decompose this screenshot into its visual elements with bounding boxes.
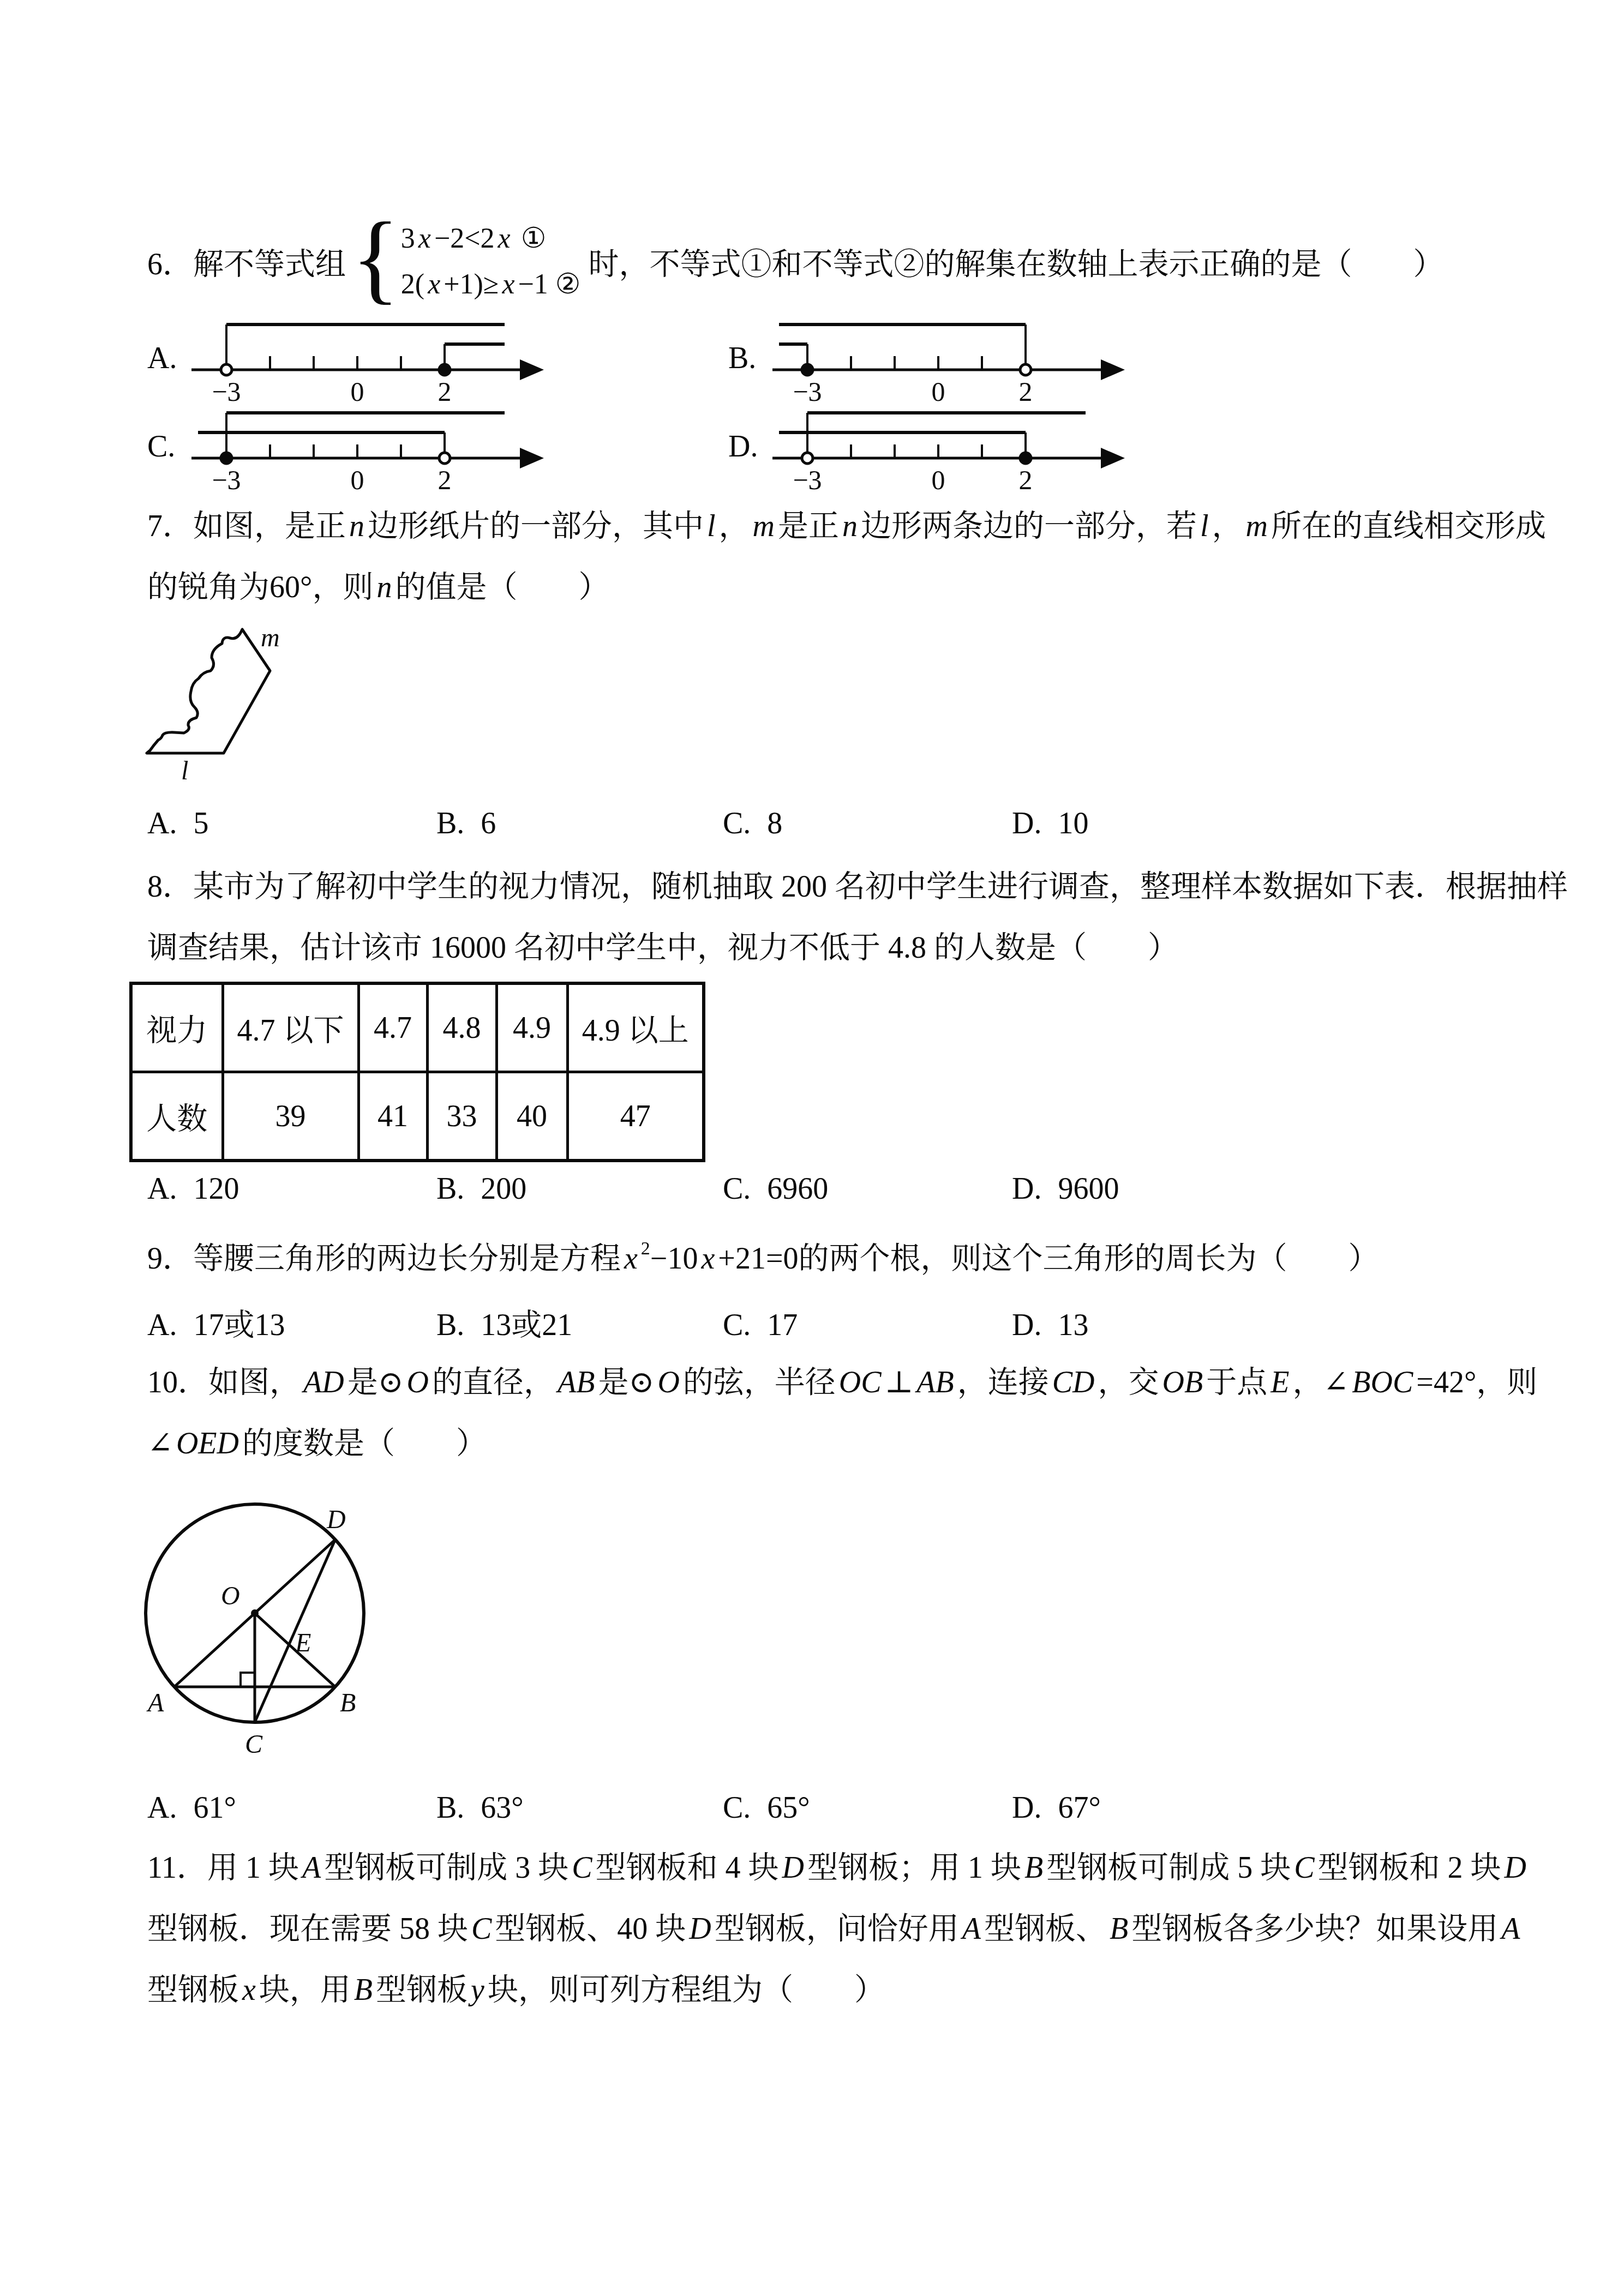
q10-label-B: B [340, 1690, 356, 1716]
math-variable: l [1197, 509, 1212, 543]
q8-option-c-label: C. [723, 1172, 751, 1206]
text-run: +21=0 [718, 1242, 798, 1276]
q6-option-c: C. −302 [136, 406, 717, 495]
q6-inequality-system: 3x−2<2x ① 2(x+1)≥x−1 ② [401, 216, 581, 308]
text-run: 型钢板和 2 块 [1318, 1851, 1501, 1885]
q7-option-c-value: 8 [767, 807, 782, 840]
q7-polygon-fragment [142, 622, 305, 791]
text-run: 边形纸片的一部分，其中 [368, 509, 704, 543]
question-9-stem: 9．等腰三角形的两边长分别是方程x2−10x+21=0的两个根，则这个三角形的周… [147, 1218, 1379, 1279]
question-11-stem: 11．用 1 块A型钢板可制成 3 块C型钢板和 4 块D型钢板；用 1 块B型… [147, 1837, 1495, 2021]
table-cell: 41 [358, 1072, 427, 1161]
math-variable: C [468, 1912, 495, 1946]
q7-option-b-value: 6 [481, 807, 496, 840]
table-cell: 4.8 [427, 983, 496, 1072]
q9-option-b-value: 13或21 [481, 1308, 572, 1342]
q10-option-a-label: A. [147, 1791, 177, 1825]
text-run: 11．用 1 块 [147, 1851, 299, 1885]
q9-option-b-label: B. [436, 1308, 464, 1342]
math-variable: B [1021, 1851, 1046, 1885]
q10-option-c-label: C. [723, 1791, 751, 1825]
text-run: 于点 [1206, 1366, 1267, 1399]
math-variable: n [346, 509, 368, 543]
q7-options-row: A.5 B.6 C.8 D.10 [147, 796, 1495, 851]
text-run: 所在的直线相交形成 [1271, 509, 1546, 543]
q10-option-a: A.61° [147, 1781, 436, 1835]
q10-label-E: E [295, 1630, 311, 1656]
table-cell: 40 [496, 1072, 567, 1161]
q8-option-b-value: 200 [481, 1172, 526, 1206]
text-run: 10．如图， [147, 1366, 300, 1399]
text-run: 型钢板，问恰好用 [715, 1912, 959, 1946]
q11-line-2: 型钢板．现在需要 58 块C型钢板、40 块D型钢板，问恰好用A型钢板、B型钢板… [147, 1898, 1495, 1960]
q9-option-d: D.13 [1012, 1298, 1495, 1353]
math-variable: n [373, 570, 395, 604]
svg-text:−3: −3 [212, 465, 241, 494]
q10-option-c: C.65° [723, 1781, 1012, 1835]
q10-label-A: A [148, 1690, 164, 1716]
q7-label-l: l [181, 758, 188, 784]
q8-line-1: 8．某市为了解初中学生的视力情况，随机抽取 200 名初中学生进行调查，整理样本… [147, 856, 1495, 917]
text-run: ，∠ [1292, 1366, 1349, 1399]
table-cell: 39 [223, 1072, 358, 1161]
math-variable: AD [300, 1366, 347, 1399]
q6-options-grid: A. −302 B. −302 C. −302 D. −302 [136, 318, 1337, 495]
math-variable: O [404, 1366, 432, 1399]
q6-number: 6． [147, 240, 193, 284]
math-variable: x [698, 1242, 718, 1276]
text-run: 是⊙ [347, 1366, 404, 1399]
math-variable: n [839, 509, 861, 543]
math-variable: C [568, 1851, 595, 1885]
table-cell: 4.9 [496, 983, 567, 1072]
text-run: ⊥ [885, 1366, 914, 1399]
q9-option-c-value: 17 [767, 1308, 798, 1342]
text-run: ∠ [147, 1427, 173, 1460]
svg-text:2: 2 [438, 376, 452, 405]
q9-option-d-value: 13 [1058, 1308, 1088, 1342]
text-run: 块，则可列方程组为（ ） [488, 1973, 885, 2007]
q7-figure: m l [142, 622, 305, 791]
q6-inequality-2: 2(x+1)≥x−1 ② [401, 262, 581, 308]
q9-option-d-label: D. [1012, 1308, 1041, 1342]
q7-line-1: 7．如图，是正n边形纸片的一部分，其中l，m是正n边形两条边的一部分，若l，m所… [147, 496, 1495, 557]
text-run: 型钢板可制成 5 块 [1046, 1851, 1291, 1885]
numberline-option-c: −302 [188, 406, 548, 494]
q8-option-d: D.9600 [1012, 1162, 1495, 1216]
svg-text:0: 0 [932, 376, 945, 405]
text-run: 的弦，半径 [683, 1366, 836, 1399]
q7-label-m: m [261, 625, 280, 651]
question-8-stem: 8．某市为了解初中学生的视力情况，随机抽取 200 名初中学生进行调查，整理样本… [147, 856, 1495, 978]
q8-option-c: C.6960 [723, 1162, 1012, 1216]
q10-option-b: B.63° [436, 1781, 723, 1835]
svg-text:−3: −3 [793, 465, 822, 494]
numberline-option-d: −302 [769, 406, 1129, 494]
table-row-vision: 视力 4.7 以下 4.7 4.8 4.9 4.9 以上 [131, 983, 704, 1072]
q9-option-b: B.13或21 [436, 1298, 723, 1353]
q7-option-b: B.6 [436, 796, 723, 851]
text-run: 块，用 [259, 1973, 351, 2007]
table-cell: 4.7 [358, 983, 427, 1072]
q10-line-1: 10．如图，AD是⊙O的直径，AB是⊙O的弦，半径OC⊥AB，连接CD，交OB于… [147, 1352, 1495, 1413]
text-run: 型钢板 [376, 1973, 468, 2007]
q6-system-brace: { [351, 213, 400, 304]
q9-option-c: C.17 [723, 1298, 1012, 1353]
q6-lead: 解不等式组 [193, 240, 346, 284]
q9-option-c-label: C. [723, 1308, 751, 1342]
q10-option-b-value: 63° [481, 1791, 523, 1825]
text-run: 2( [401, 269, 424, 300]
math-variable: B [1106, 1912, 1131, 1946]
q7-option-a: A.5 [147, 796, 436, 851]
q11-line-1: 11．用 1 块A型钢板可制成 3 块C型钢板和 4 块D型钢板；用 1 块B型… [147, 1837, 1495, 1898]
q7-option-c-label: C. [723, 807, 751, 840]
table-cell: 人数 [131, 1072, 223, 1161]
text-run: 型钢板可制成 3 块 [324, 1851, 568, 1885]
text-run: 型钢板、40 块 [495, 1912, 686, 1946]
svg-text:−3: −3 [793, 376, 822, 405]
text-run: =42°，则 [1416, 1366, 1537, 1399]
q7-option-b-label: B. [436, 807, 464, 840]
q10-figure: O D E A B C [139, 1497, 374, 1770]
svg-text:2: 2 [1019, 465, 1033, 494]
table-cell: 视力 [131, 983, 223, 1072]
q8-option-d-label: D. [1012, 1172, 1041, 1206]
text-run: 是⊙ [598, 1366, 654, 1399]
text-run: 的两个根，则这个三角形的周长为（ ） [798, 1242, 1379, 1276]
math-variable: O [654, 1366, 682, 1399]
svg-text:0: 0 [351, 376, 364, 405]
q6-tail-text: 时，不等式①和不等式②的解集在数轴上表示正确的是（ ） [588, 240, 1443, 284]
math-variable: BOC [1349, 1366, 1416, 1399]
q7-option-c: C.8 [723, 796, 1012, 851]
q7-option-a-label: A. [147, 807, 177, 840]
math-variable: x [621, 1242, 641, 1276]
q10-label-D: D [327, 1507, 346, 1533]
text-run: ， [1212, 509, 1243, 543]
math-variable: y [468, 1973, 488, 2007]
q10-option-d-label: D. [1012, 1791, 1041, 1825]
q8-option-a-value: 120 [193, 1172, 239, 1206]
q8-option-b-label: B. [436, 1172, 464, 1206]
math-variable: E [1267, 1366, 1292, 1399]
table-cell: 4.9 以上 [567, 983, 704, 1072]
text-run: 3 [401, 223, 415, 254]
svg-text:−3: −3 [212, 376, 241, 405]
text-run: ，交 [1098, 1366, 1159, 1399]
math-variable: x [424, 269, 444, 300]
q6-option-a-label: A. [147, 341, 177, 376]
q8-options-row: A.120 B.200 C.6960 D.9600 [147, 1162, 1495, 1216]
text-run: 边形两条边的一部分，若 [861, 509, 1197, 543]
math-variable: A [959, 1912, 984, 1946]
q10-line-2: ∠OED的度数是（ ） [147, 1413, 1495, 1474]
text-run: −2<2 [434, 223, 495, 254]
q11-line-3: 型钢板x块，用B型钢板y块，则可列方程组为（ ） [147, 1960, 1495, 2021]
exam-page: 6．解不等式组 { 3x−2<2x ① 2(x+1)≥x−1 ② 时，不等式①和… [0, 0, 1624, 2296]
q7-option-d-label: D. [1012, 807, 1041, 840]
q8-option-c-value: 6960 [767, 1172, 828, 1206]
text-run: 型钢板 [147, 1973, 239, 2007]
q10-label-C: C [245, 1732, 262, 1758]
q7-option-a-value: 5 [193, 807, 208, 840]
math-variable: A [299, 1851, 324, 1885]
math-variable: AB [554, 1366, 598, 1399]
math-variable: x [239, 1973, 259, 2007]
math-variable: m [1243, 509, 1271, 543]
math-variable: OED [173, 1427, 242, 1460]
text-run: 9．等腰三角形的两边长分别是方程 [147, 1242, 621, 1276]
q8-option-d-value: 9600 [1058, 1172, 1119, 1206]
math-variable: D [686, 1912, 714, 1946]
q8-option-a-label: A. [147, 1172, 177, 1206]
text-run: 的锐角为60°，则 [147, 570, 373, 604]
q10-option-c-value: 65° [767, 1791, 810, 1825]
math-variable: D [1501, 1851, 1530, 1885]
q9-option-a: A.17或13 [147, 1298, 436, 1353]
math-variable: D [779, 1851, 807, 1885]
math-variable: l [704, 509, 719, 543]
q6-option-b-label: B. [728, 341, 756, 376]
q7-line-2: 的锐角为60°，则n的值是（ ） [147, 557, 1495, 618]
text-run: −10 [650, 1242, 698, 1276]
math-variable: OB [1159, 1366, 1207, 1399]
text-run: 7．如图，是正 [147, 509, 346, 543]
math-superscript: 2 [641, 1239, 650, 1259]
q6-option-d: D. −302 [717, 406, 1298, 495]
numberline-option-a: −302 [188, 318, 548, 405]
table-row-count: 人数 39 41 33 40 47 [131, 1072, 704, 1161]
text-run: 型钢板；用 1 块 [807, 1851, 1021, 1885]
math-variable: C [1291, 1851, 1317, 1885]
q6-option-c-label: C. [147, 429, 175, 464]
text-run: 的直径， [432, 1366, 554, 1399]
q8-line-2: 调查结果，估计该市 16000 名初中学生中，视力不低于 4.8 的人数是（ ） [147, 917, 1495, 978]
q9-option-a-label: A. [147, 1308, 177, 1342]
svg-text:0: 0 [932, 465, 945, 494]
q7-option-d: D.10 [1012, 796, 1495, 851]
svg-text:2: 2 [438, 465, 452, 494]
question-6-stem: 6．解不等式组 { 3x−2<2x ① 2(x+1)≥x−1 ② 时，不等式①和… [147, 205, 1443, 319]
math-variable: CD [1049, 1366, 1098, 1399]
math-variable: A [1498, 1912, 1523, 1946]
q6-inequality-1: 3x−2<2x ① [401, 216, 581, 262]
svg-text:0: 0 [351, 465, 364, 494]
question-7-stem: 7．如图，是正n边形纸片的一部分，其中l，m是正n边形两条边的一部分，若l，m所… [147, 496, 1495, 618]
svg-text:2: 2 [1019, 376, 1033, 405]
table-cell: 47 [567, 1072, 704, 1161]
q10-option-d: D.67° [1012, 1781, 1495, 1835]
question-10-stem: 10．如图，AD是⊙O的直径，AB是⊙O的弦，半径OC⊥AB，连接CD，交OB于… [147, 1352, 1495, 1474]
math-variable: m [750, 509, 778, 543]
vision-table: 视力 4.7 以下 4.7 4.8 4.9 4.9 以上 人数 39 41 33… [129, 982, 705, 1162]
q6-option-d-label: D. [728, 429, 758, 464]
q9-option-a-value: 17或13 [193, 1308, 285, 1342]
text-run: ① [514, 223, 547, 254]
text-run: ， [719, 509, 750, 543]
q10-option-a-value: 61° [193, 1791, 236, 1825]
math-variable: x [499, 269, 518, 300]
q10-circle-diagram [139, 1497, 374, 1770]
q9-options-row: A.17或13 B.13或21 C.17 D.13 [147, 1298, 1495, 1353]
math-variable: x [415, 223, 434, 254]
text-run: 型钢板．现在需要 58 块 [147, 1912, 468, 1946]
q6-option-a: A. −302 [136, 318, 717, 406]
q10-option-b-label: B. [436, 1791, 464, 1825]
math-variable: AB [913, 1366, 957, 1399]
q10-option-d-value: 67° [1058, 1791, 1100, 1825]
q6-option-b: B. −302 [717, 318, 1298, 406]
q8-option-b: B.200 [436, 1162, 723, 1216]
numberline-option-b: −302 [769, 318, 1129, 405]
text-run: 型钢板、 [984, 1912, 1106, 1946]
text-run: +1)≥ [444, 269, 499, 300]
q10-label-O: O [221, 1583, 240, 1609]
table-cell: 33 [427, 1072, 496, 1161]
math-variable: OC [836, 1366, 885, 1399]
math-variable: B [351, 1973, 376, 2007]
q7-option-d-value: 10 [1058, 807, 1088, 840]
q10-options-row: A.61° B.63° C.65° D.67° [147, 1781, 1495, 1835]
text-run: 的值是（ ） [395, 570, 609, 604]
table-cell: 4.7 以下 [223, 983, 358, 1072]
math-variable: x [495, 223, 514, 254]
text-run: 是正 [778, 509, 839, 543]
text-run: 型钢板各多少块？如果设用 [1131, 1912, 1498, 1946]
q8-option-a: A.120 [147, 1162, 436, 1216]
text-run: −1 ② [518, 269, 581, 300]
text-run: ，连接 [957, 1366, 1049, 1399]
text-run: 的度数是（ ） [242, 1427, 487, 1460]
text-run: 型钢板和 4 块 [596, 1851, 779, 1885]
